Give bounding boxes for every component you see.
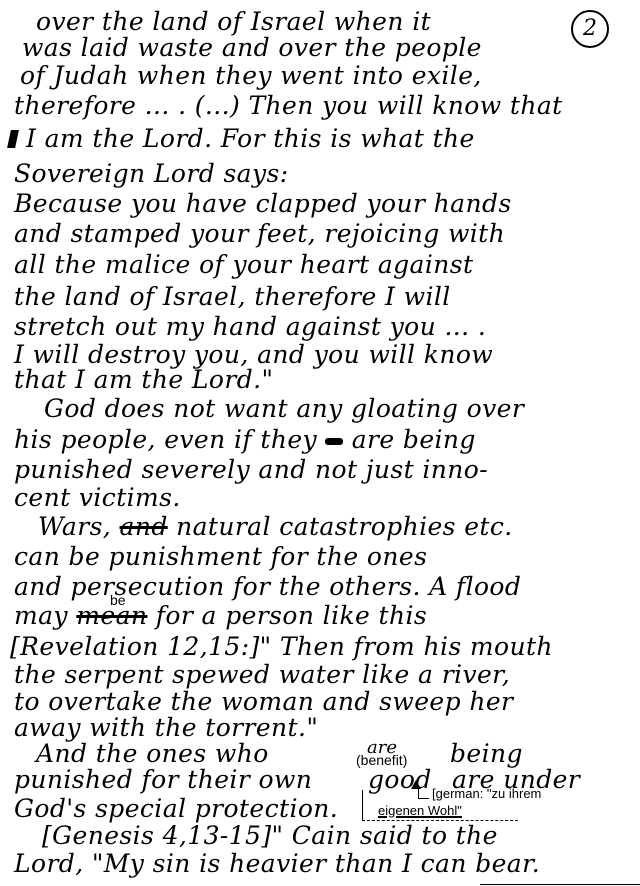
text-line: can be punishment for the ones [14,543,427,571]
struck-word: mean [76,601,147,630]
text-line: therefore ... . (...) Then you will know… [14,92,563,120]
scan-edge-line [480,884,640,885]
line-segment: And the ones who [36,739,269,768]
text-line: God does not want any gloating over [44,395,524,423]
line-segment: natural catastrophies etc. [168,512,513,541]
text-line: [Genesis 4,13-15]" Cain said to the [42,822,498,850]
text-line: punished severely and not just inno- [14,456,488,484]
text-line: God's special protection. [14,795,338,823]
text-line: and persecution for the others. A flood [14,573,521,601]
text-line-tail: being [450,740,523,768]
text-line: I am the Lord. For this is what the [26,125,475,153]
text-line-with-strike: Wars, and natural catastrophies etc. [38,513,513,541]
text-line: Lord, "My sin is heavier than I can bear… [14,850,540,878]
line-segment: are being [343,425,475,454]
text-line: Because you have clapped your hands [14,190,512,218]
struck-word: and [120,512,168,541]
text-line: over the land of Israel when it [36,8,431,36]
text-line: the land of Israel, therefore I will [14,283,451,311]
text-line: that I am the Lord." [14,366,273,394]
handwritten-page: 2 over the land of Israel when it was la… [0,0,640,886]
text-line: punished for their own [14,766,312,794]
line-segment: Wars, [38,512,120,541]
text-line-with-blot: his people, even if they are being [14,426,476,454]
page-number-badge: 2 [571,10,609,48]
annotation-pointer [418,788,429,799]
text-line: Sovereign Lord says: [14,160,289,188]
text-line: the serpent spewed water like a river, [14,661,510,689]
line-segment: his people, even if they [14,425,325,454]
text-line: cent victims. [14,484,181,512]
text-line: And the ones who [36,740,269,768]
line-segment: for a person like this [147,601,427,630]
text-line: of Judah when they went into exile, [20,62,482,90]
text-line: and stamped your feet, rejoicing with [14,220,505,248]
ink-blot [325,438,343,445]
text-line: stretch out my hand against you ... . [14,313,486,341]
annotation-text: [german: "zu ihrem [432,786,541,801]
line-segment: may [14,601,76,630]
text-line: [Revelation 12,15:]" Then from his mouth [10,633,553,661]
text-line-with-strike: may mean for a person like this [14,602,427,630]
text-line: was laid waste and over the people [22,34,482,62]
text-line: away with the torrent." [14,714,318,742]
text-line: to overtake the woman and sweep her [14,688,513,716]
paragraph-mark [7,130,19,148]
annotation-text: eigenen Wohl" [378,803,462,818]
text-line: all the malice of your heart against [14,251,473,279]
